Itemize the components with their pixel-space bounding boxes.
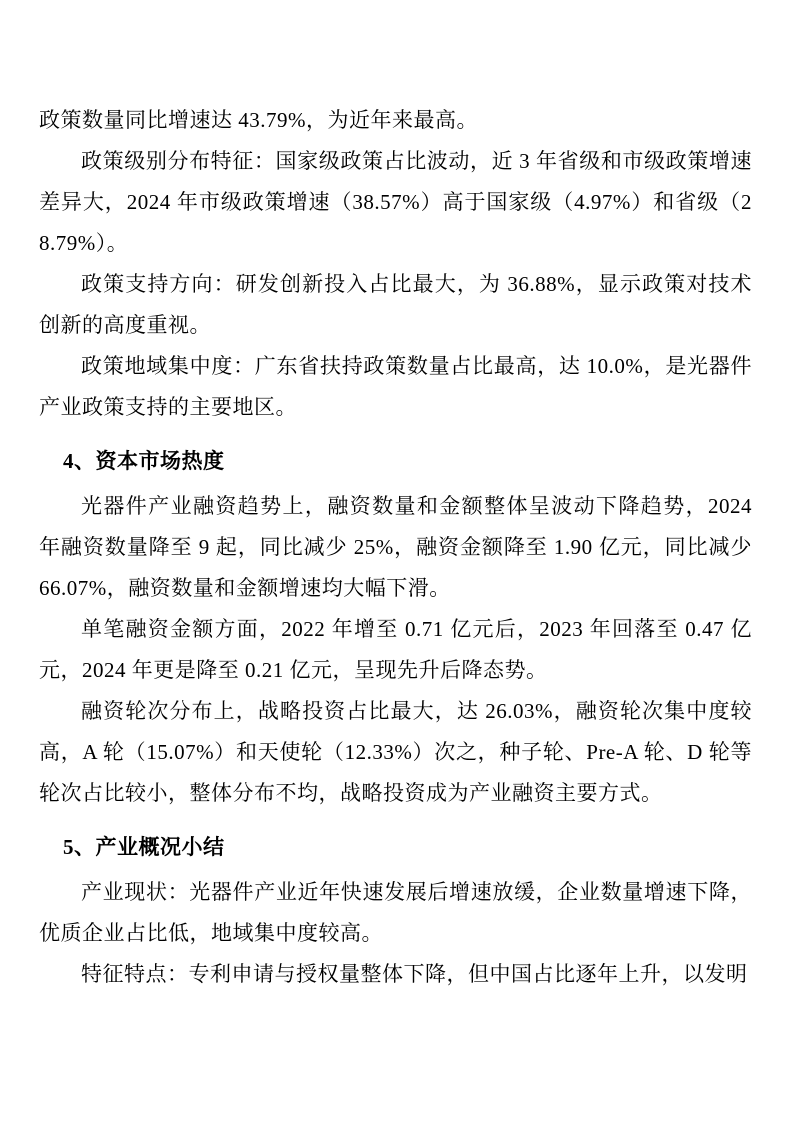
document-body: 政策数量同比增速达 43.79%，为近年来最高。政策级别分布特征：国家级政策占比… [39, 100, 752, 995]
body-paragraph: 光器件产业融资趋势上，融资数量和金额整体呈波动下降趋势，2024 年融资数量降至… [39, 486, 752, 609]
body-paragraph: 政策地域集中度：广东省扶持政策数量占比最高，达 10.0%，是光器件产业政策支持… [39, 346, 752, 428]
section-heading-capital-market: 4、资本市场热度 [39, 441, 752, 482]
body-paragraph: 政策级别分布特征：国家级政策占比波动，近 3 年省级和市级政策增速差异大，202… [39, 141, 752, 264]
body-paragraph: 融资轮次分布上，战略投资占比最大，达 26.03%，融资轮次集中度较高，A 轮（… [39, 691, 752, 814]
document-page: 政策数量同比增速达 43.79%，为近年来最高。政策级别分布特征：国家级政策占比… [0, 0, 794, 1123]
body-paragraph: 产业现状：光器件产业近年快速发展后增速放缓，企业数量增速下降，优质企业占比低，地… [39, 872, 752, 954]
body-paragraph: 政策支持方向：研发创新投入占比最大，为 36.88%，显示政策对技术创新的高度重… [39, 264, 752, 346]
section-heading-industry-summary: 5、产业概况小结 [39, 827, 752, 868]
body-paragraph: 特征特点：专利申请与授权量整体下降，但中国占比逐年上升，以发明 [39, 954, 752, 995]
body-paragraph: 单笔融资金额方面，2022 年增至 0.71 亿元后，2023 年回落至 0.4… [39, 609, 752, 691]
body-paragraph: 政策数量同比增速达 43.79%，为近年来最高。 [39, 100, 752, 141]
